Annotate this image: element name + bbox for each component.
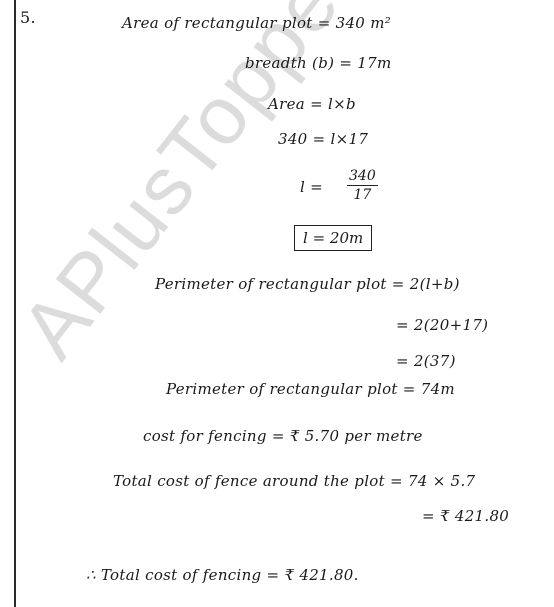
- length-fraction: 340 17: [347, 168, 378, 203]
- perimeter-result: Perimeter of rectangular plot = 74m: [166, 380, 455, 398]
- breadth-given: breadth (b) = 17m: [245, 54, 391, 72]
- area-formula: Area = l×b: [268, 95, 356, 113]
- length-label: l =: [300, 178, 323, 196]
- perimeter-formula: Perimeter of rectangular plot = 2(l+b): [155, 275, 460, 293]
- area-given: Area of rectangular plot = 340 m²: [122, 14, 391, 32]
- total-cost-formula: Total cost of fence around the plot = 74…: [113, 472, 475, 490]
- total-cost-value: = ₹ 421.80: [422, 507, 509, 525]
- area-substitution: 340 = l×17: [278, 130, 368, 148]
- fencing-rate: cost for fencing = ₹ 5.70 per metre: [143, 427, 423, 445]
- perimeter-step-2: = 2(37): [396, 352, 456, 370]
- conclusion: ∴ Total cost of fencing = ₹ 421.80.: [86, 566, 359, 584]
- length-result-box: l = 20m: [294, 225, 372, 251]
- question-number: 5.: [20, 8, 36, 27]
- perimeter-step-1: = 2(20+17): [396, 316, 488, 334]
- fraction-denominator: 17: [353, 186, 371, 203]
- fraction-numerator: 340: [347, 168, 378, 186]
